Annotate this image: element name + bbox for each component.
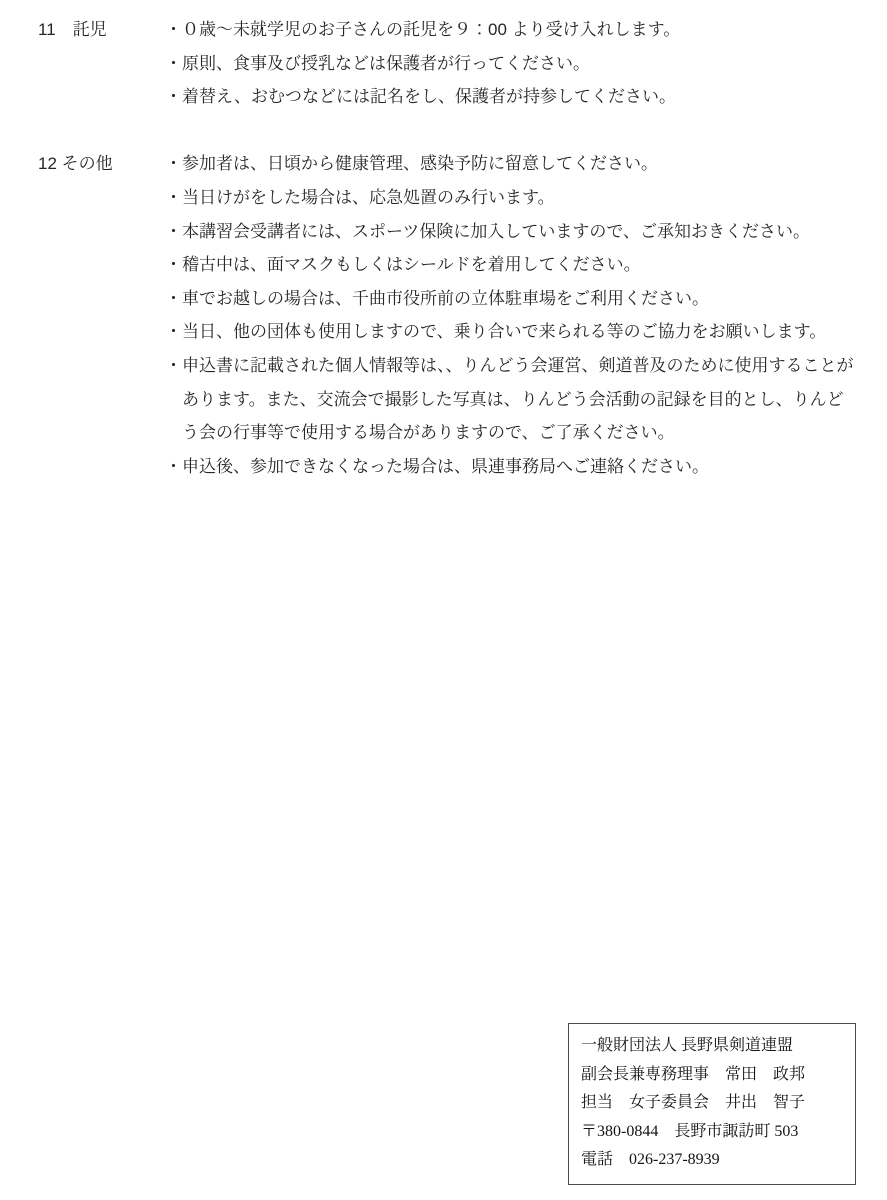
contact-person-in-charge: 担当 女子委員会 井出 智子 bbox=[581, 1089, 843, 1118]
bullet-line: ・本講習会受講者には、スポーツ保険に加入していますので、ご承知おきください。 bbox=[165, 215, 868, 249]
bullet-line: ・申込書に記載された個人情報等は、、りんどう会運営、剣道普及のために使用すること… bbox=[165, 349, 868, 383]
contact-vice-president: 副会長兼専務理事 常田 政邦 bbox=[581, 1061, 843, 1090]
section-12-sonota: 12 その他 ・参加者は、日頃から健康管理、感染予防に留意してください。 ・当日… bbox=[38, 147, 868, 483]
section-label: 11 託児 bbox=[38, 13, 165, 47]
bullet-line: ・申込後、参加できなくなった場合は、県連事務局へご連絡ください。 bbox=[165, 450, 868, 484]
document-page: 11 託児 ・０歳～未就学児のお子さんの託児を９：00 より受け入れします。 ・… bbox=[0, 0, 887, 1200]
section-11-takuji: 11 託児 ・０歳～未就学児のお子さんの託児を９：00 より受け入れします。 ・… bbox=[38, 13, 868, 114]
bullet-line: ・０歳～未就学児のお子さんの託児を９：00 より受け入れします。 bbox=[165, 13, 868, 47]
bullet-line: ・稽古中は、面マスクもしくはシールドを着用してください。 bbox=[165, 248, 868, 282]
bullet-line-continuation: あります。また、交流会で撮影した写真は、りんどう会活動の記録を目的とし、りんど bbox=[165, 383, 868, 417]
section-items: ・０歳～未就学児のお子さんの託児を９：00 より受け入れします。 ・原則、食事及… bbox=[165, 13, 868, 114]
document-body: 11 託児 ・０歳～未就学児のお子さんの託児を９：00 より受け入れします。 ・… bbox=[38, 13, 868, 483]
section-label: 12 その他 bbox=[38, 147, 165, 181]
bullet-line-continuation: う会の行事等で使用する場合がありますので、ご了承ください。 bbox=[165, 416, 868, 450]
contact-organization: 一般財団法人 長野県剣道連盟 bbox=[581, 1032, 843, 1061]
bullet-line: ・着替え、おむつなどには記名をし、保護者が持参してください。 bbox=[165, 80, 868, 114]
bullet-line: ・参加者は、日頃から健康管理、感染予防に留意してください。 bbox=[165, 147, 868, 181]
bullet-line: ・当日けがをした場合は、応急処置のみ行います。 bbox=[165, 181, 868, 215]
bullet-line: ・原則、食事及び授乳などは保護者が行ってください。 bbox=[165, 47, 868, 81]
section-items: ・参加者は、日頃から健康管理、感染予防に留意してください。 ・当日けがをした場合… bbox=[165, 147, 868, 483]
bullet-line: ・当日、他の団体も使用しますので、乗り合いで来られる等のご協力をお願いします。 bbox=[165, 315, 868, 349]
bullet-line: ・車でお越しの場合は、千曲市役所前の立体駐車場をご利用ください。 bbox=[165, 282, 868, 316]
contact-info-box: 一般財団法人 長野県剣道連盟 副会長兼専務理事 常田 政邦 担当 女子委員会 井… bbox=[568, 1023, 856, 1185]
contact-address: 〒380-0844 長野市諏訪町 503 bbox=[581, 1118, 843, 1147]
contact-phone: 電話 026-237-8939 bbox=[581, 1146, 843, 1175]
